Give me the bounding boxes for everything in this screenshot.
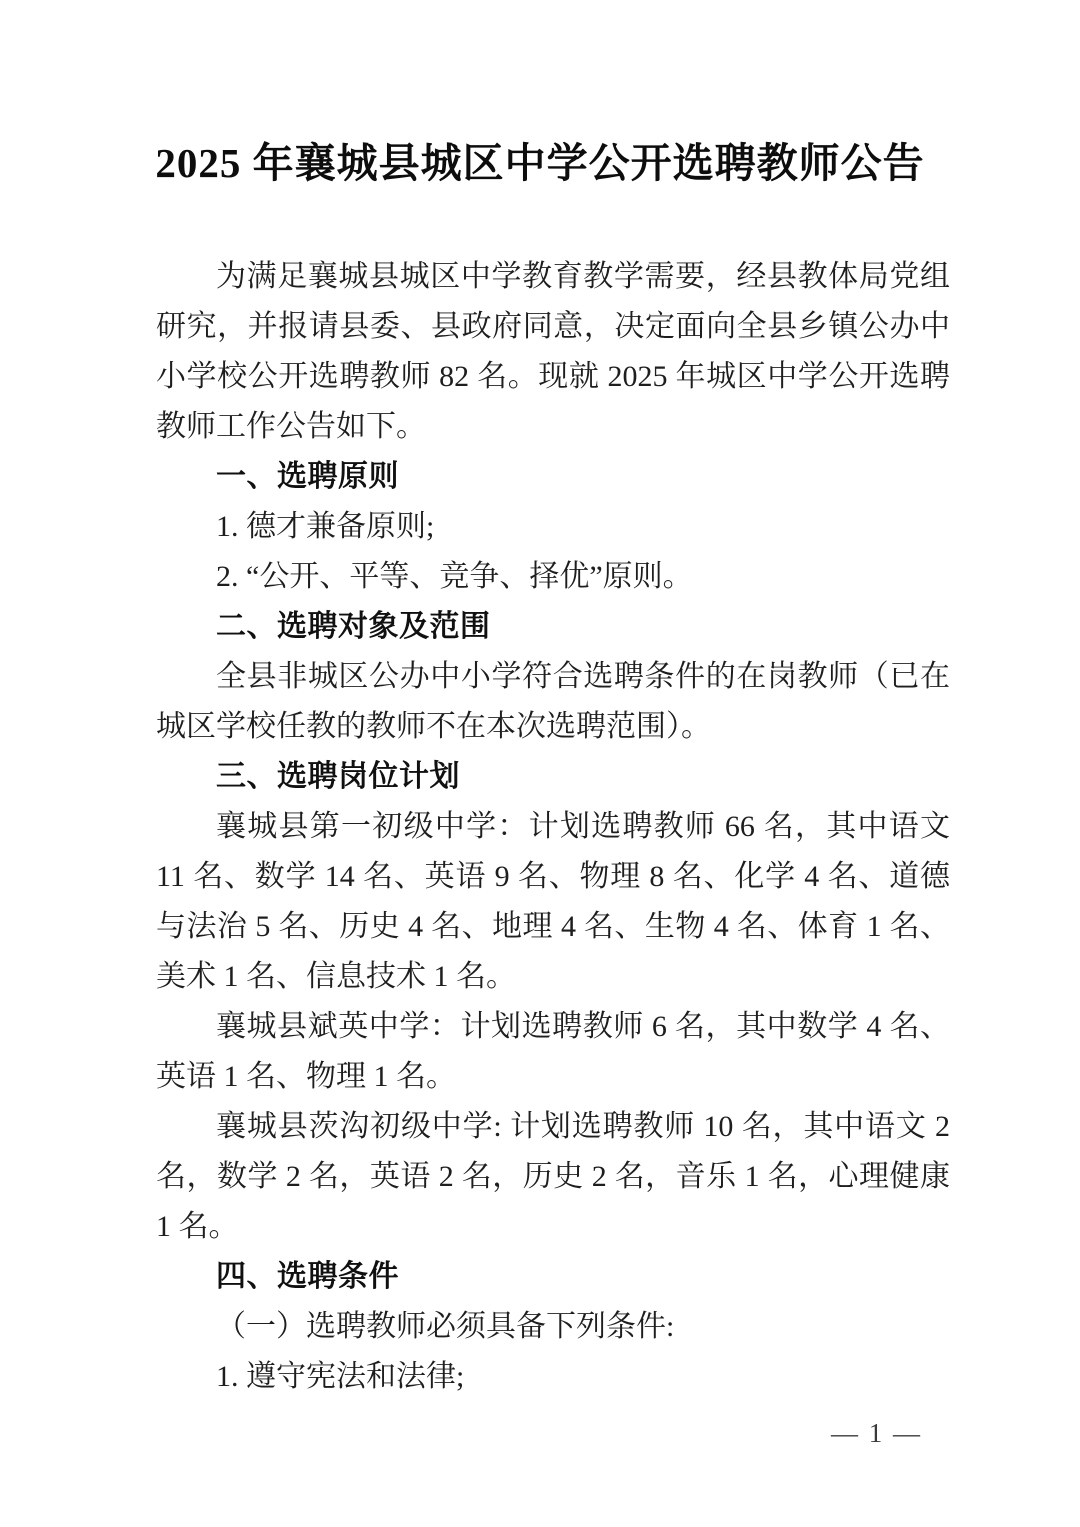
section-heading-2: 二、选聘对象及范围 [156, 602, 950, 652]
section-heading-4: 四、选聘条件 [156, 1252, 950, 1302]
principle-item-1: 1. 德才兼备原则; [156, 502, 950, 552]
document-body: 为满足襄城县城区中学教育教学需要，经县教体局党组研究，并报请县委、县政府同意，决… [156, 252, 950, 1402]
section-heading-1: 一、选聘原则 [156, 452, 950, 502]
page-title: 2025 年襄城县城区中学公开选聘教师公告 [0, 0, 1080, 188]
condition-intro-paragraph: （一）选聘教师必须具备下列条件: [156, 1302, 950, 1352]
plan-school-1-paragraph: 襄城县第一初级中学：计划选聘教师 66 名，其中语文 11 名、数学 14 名、… [156, 802, 950, 1002]
condition-item-1: 1. 遵守宪法和法律; [156, 1352, 950, 1402]
section-heading-3: 三、选聘岗位计划 [156, 752, 950, 802]
announcement-page: 2025 年襄城县城区中学公开选聘教师公告 为满足襄城县城区中学教育教学需要，经… [0, 0, 1080, 1527]
plan-school-2-paragraph: 襄城县斌英中学：计划选聘教师 6 名，其中数学 4 名、英语 1 名、物理 1 … [156, 1002, 950, 1102]
plan-school-3-paragraph: 襄城县茨沟初级中学: 计划选聘教师 10 名，其中语文 2 名，数学 2 名，英… [156, 1102, 950, 1252]
scope-paragraph: 全县非城区公办中小学符合选聘条件的在岗教师（已在城区学校任教的教师不在本次选聘范… [156, 652, 950, 752]
principle-item-2: 2. “公开、平等、竞争、择优”原则。 [156, 552, 950, 602]
intro-paragraph: 为满足襄城县城区中学教育教学需要，经县教体局党组研究，并报请县委、县政府同意，决… [156, 252, 950, 452]
page-number: — 1 — [831, 1418, 922, 1449]
